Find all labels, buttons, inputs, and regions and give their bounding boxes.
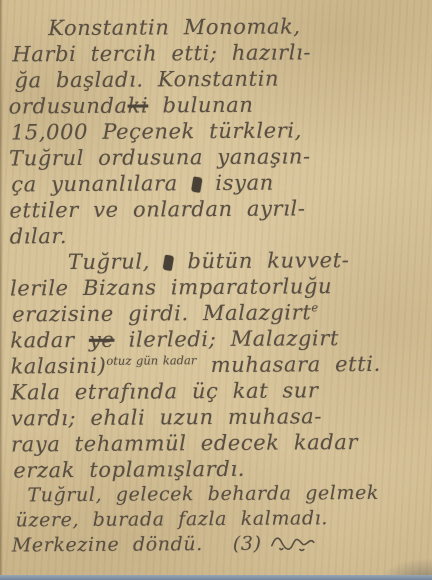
handwritten-text: ça yunanlılara <box>11 171 192 196</box>
handwritten-text: dılar. <box>10 224 68 248</box>
scan-bottom-edge <box>0 575 432 580</box>
ottoman-script-mark <box>269 534 315 552</box>
handwritten-text: kalasini) <box>10 354 106 379</box>
handwritten-text: lerile Bizans imparatorluğu <box>10 274 332 300</box>
crossed-out-word: ki <box>128 93 149 117</box>
manuscript-line-21: Merkezine döndü.(3) <box>12 531 430 559</box>
manuscript-line-14: kalasini)otuz gün kadar muhasara etti. <box>10 351 428 380</box>
page-left-edge <box>0 0 3 580</box>
manuscript-line-5: 15,000 Peçenek türkleri, <box>9 117 427 146</box>
handwritten-text: Harbi tercih etti; hazırlı- <box>12 40 311 66</box>
handwritten-text: 15,000 Peçenek türkleri, <box>11 118 302 144</box>
handwritten-text: Tuğrul ordusuna yanaşın- <box>9 144 311 170</box>
handwritten-text: Merkezine döndü. <box>12 533 203 556</box>
handwritten-text: ğa başladı. Konstantin <box>14 67 279 93</box>
manuscript-line-4: ordusundaki bulunan <box>9 91 427 120</box>
manuscript-line-17: raya tehammül edecek kadar <box>11 429 429 458</box>
crossed-out-word: ye <box>89 328 115 352</box>
handwritten-text: ilerledi; Malazgirt <box>114 326 339 352</box>
manuscript-line-19: Tuğrul, gelecek beharda gelmek <box>11 481 429 509</box>
handwritten-text: isyan <box>201 171 274 196</box>
manuscript-line-9: dılar. <box>10 221 428 250</box>
handwritten-text: bütün kuvvet- <box>173 248 349 273</box>
manuscript-line-8: ettiler ve onlardan ayrıl- <box>9 195 427 224</box>
manuscript-line-15: Kala etrafında üç kat sur <box>11 377 429 406</box>
manuscript-line-18: erzak toplamışlardı. <box>11 455 429 484</box>
manuscript-line-13: kadar ye ilerledi; Malazgirt <box>10 325 428 354</box>
manuscript-line-11: lerile Bizans imparatorluğu <box>10 273 428 302</box>
manuscript-line-16: vardı; ehali uzun muhasa- <box>11 403 429 432</box>
manuscript-line-7: ça yunanlılara isyan <box>9 169 427 198</box>
manuscript-line-10: Tuğrul, bütün kuvvet- <box>10 247 428 276</box>
interlinear-insertion: otuz gün kadar <box>106 353 196 368</box>
manuscript-line-6: Tuğrul ordusuna yanaşın- <box>9 143 427 172</box>
handwritten-text: Konstantin Monomak, <box>48 14 301 40</box>
handwritten-text: bulunan <box>148 93 253 118</box>
interlinear-insertion: e <box>311 300 318 314</box>
handwritten-text-block: Konstantin Monomak,Harbi tercih etti; ha… <box>8 13 430 559</box>
manuscript-line-20: üzere, burada fazla kalmadı. <box>12 506 430 534</box>
handwritten-text: üzere, burada fazla kalmadı. <box>16 507 329 531</box>
handwritten-text: ettiler ve onlardan ayrıl- <box>9 196 305 222</box>
manuscript-line-2: Harbi tercih etti; hazırlı- <box>8 39 426 68</box>
handwritten-text: raya tehammül edecek kadar <box>11 430 358 456</box>
handwritten-text: vardı; ehali uzun muhasa- <box>11 404 322 430</box>
handwritten-text: erzak toplamışlardı. <box>13 457 245 483</box>
manuscript-line-12: erazisine girdi. Malazgirte <box>10 299 428 328</box>
handwritten-text: Tuğrul, gelecek beharda gelmek <box>27 482 379 506</box>
handwritten-text: Tuğrul, <box>68 249 165 274</box>
handwritten-text: kadar <box>10 328 89 353</box>
handwritten-text: erazisine girdi. Malazgirt <box>12 300 311 326</box>
handwritten-text: Kala etrafında üç kat sur <box>11 378 319 404</box>
handwritten-text: ordusunda <box>9 94 128 119</box>
handwritten-text: muhasara etti. <box>196 352 381 377</box>
manuscript-line-1: Konstantin Monomak, <box>8 13 426 42</box>
page-number-note: (3) <box>233 533 262 555</box>
manuscript-page: Konstantin Monomak,Harbi tercih etti; ha… <box>0 0 432 580</box>
manuscript-line-3: ğa başladı. Konstantin <box>8 65 426 94</box>
